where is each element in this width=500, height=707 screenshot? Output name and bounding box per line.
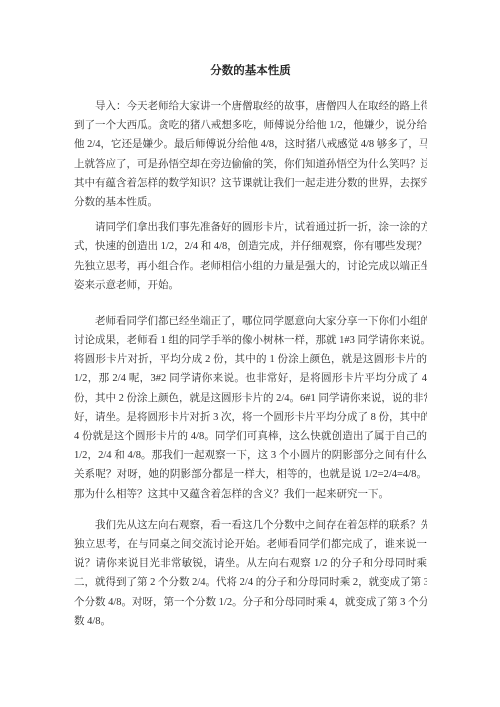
text-line: 说？请你来说目光非常敏锐，请坐。从左向右观察 1/2 的分子和分母同时乘	[74, 554, 427, 573]
text-line: 1/2，2/4 和 4/8。那我们一起观察一下，这 3 个小圆片的阴影部分之间有…	[74, 446, 427, 465]
document-title: 分数的基本性质	[74, 64, 427, 78]
text-line: 请同学们拿出我们事先准备好的圆形卡片，试着通过折一折，涂一涂的方	[74, 218, 427, 237]
text-line: 关系呢？对呀，她的阴影部分都是一样大，相等的，也就是说 1/2=2/4=4/8。	[74, 465, 427, 484]
text-line: 好，请坐。是将圆形卡片对折 3 次，将一个圆形卡片平均分成了 8 份，其中的	[74, 408, 427, 427]
paragraph: 导入：今天老师给大家讲一个唐僧取经的故事，唐僧四人在取经的路上得到了一个大西瓜。…	[74, 97, 427, 212]
document-body: 导入：今天老师给大家讲一个唐僧取经的故事，唐僧四人在取经的路上得到了一个大西瓜。…	[74, 97, 427, 631]
text-line: 个分数 4/8。对呀，第一个分数 1/2。分子和分母同时乘 4，就变成了第 3 …	[74, 593, 427, 612]
text-line: 他 2/4，它还是嫌少。最后师傅说分给他 4/8，这时猪八戒感觉 4/8 够多了…	[74, 135, 427, 154]
text-line: 那为什么相等？这其中又蕴含着怎样的含义？我们一起来研究一下。	[74, 485, 427, 504]
paragraph: 请同学们拿出我们事先准备好的圆形卡片，试着通过折一折，涂一涂的方式，快速的创造出…	[74, 218, 427, 295]
text-line: 姿来示意老师，开始。	[74, 276, 427, 295]
text-line: 老师看同学们都已经坐端正了，哪位同学愿意向大家分享一下你们小组的	[74, 312, 427, 331]
text-line: 讨论成果，老师看 1 组的同学手举的像小树林一样，那就 1#3 同学请你来说。	[74, 331, 427, 350]
text-line: 先独立思考，再小组合作。老师相信小组的力量是强大的，讨论完成以端正坐	[74, 257, 427, 276]
text-line: 将圆形卡片对折，平均分成 2 份，其中的 1 份涂上颜色，就是这圆形卡片的	[74, 350, 427, 369]
text-line: 数 4/8。	[74, 612, 427, 631]
text-line: 式，快速的创造出 1/2，2/4 和 4/8，创造完成，并仔细观察，你有哪些发现…	[74, 237, 427, 256]
text-line: 独立思考，在与同桌之间交流讨论开始。老师看同学们都完成了，谁来说一	[74, 535, 427, 554]
paragraph: 我们先从这左向右观察，看一看这几个分数中之间存在着怎样的联系？先独立思考，在与同…	[74, 516, 427, 631]
text-line: 4 份就是这个圆形卡片的 4/8。同学们可真棒，这么快就创造出了属于自己的	[74, 427, 427, 446]
text-line: 份，其中 2 份涂上颜色，就是这圆形卡片的 2/4。6#1 同学请你来说，说的非…	[74, 389, 427, 408]
text-line: 二，就得到了第 2 个分数 2/4。代将 2/4 的分子和分母同时乘 2，就变成…	[74, 573, 427, 592]
text-line: 上就答应了，可是孙悟空却在旁边偷偷的笑，你们知道孙悟空为什么笑吗？这	[74, 155, 427, 174]
text-line: 1/2，那 2/4 呢，3#2 同学请你来说。也非常好，是将圆形卡片平均分成了 …	[74, 369, 427, 388]
text-line: 导入：今天老师给大家讲一个唐僧取经的故事，唐僧四人在取经的路上得	[74, 97, 427, 116]
text-line: 其中有蕴含着怎样的数学知识？这节课就让我们一起走进分数的世界，去探究	[74, 174, 427, 193]
document-page: 分数的基本性质 导入：今天老师给大家讲一个唐僧取经的故事，唐僧四人在取经的路上得…	[0, 0, 500, 707]
text-line: 到了一个大西瓜。贪吃的猪八戒想多吃，师傅说分给他 1/2，他嫌少，说分给	[74, 116, 427, 135]
paragraph: 老师看同学们都已经坐端正了，哪位同学愿意向大家分享一下你们小组的讨论成果，老师看…	[74, 312, 427, 504]
text-line: 分数的基本性质。	[74, 193, 427, 212]
document-content: 分数的基本性质 导入：今天老师给大家讲一个唐僧取经的故事，唐僧四人在取经的路上得…	[74, 0, 427, 631]
text-line: 我们先从这左向右观察，看一看这几个分数中之间存在着怎样的联系？先	[74, 516, 427, 535]
